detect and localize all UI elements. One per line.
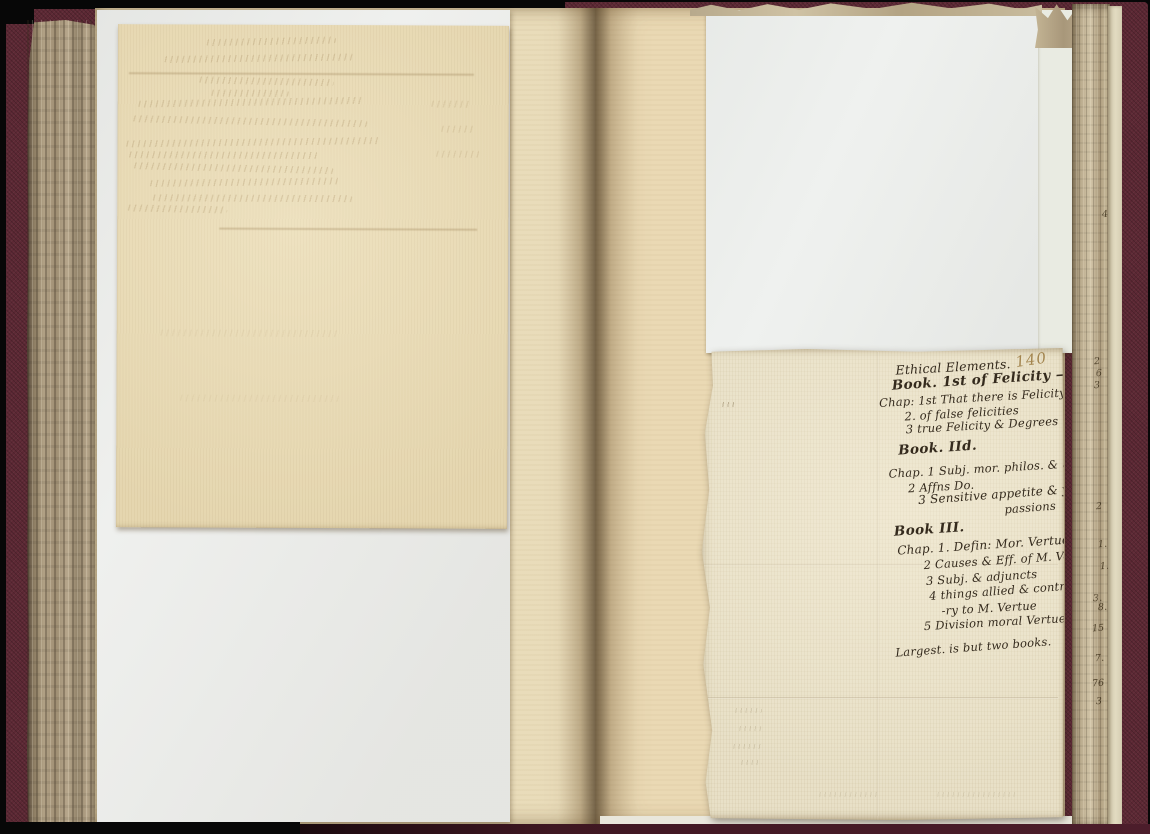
- ghost-writing-line: [164, 54, 354, 63]
- fore-edge-number: 6: [1096, 368, 1103, 379]
- background-shadow: [0, 0, 34, 24]
- ghost-writing-line: [199, 76, 334, 86]
- fore-edge-number: 15: [1092, 623, 1105, 635]
- left-page-stack-edges: [27, 20, 97, 832]
- ghost-writing-fragment: [436, 151, 481, 158]
- outer-leaf-strip: [1108, 6, 1122, 828]
- ghost-writing-fragment: [179, 394, 339, 402]
- fore-edge-number: 2: [1096, 501, 1103, 512]
- fore-edge-number: 3: [1094, 380, 1101, 391]
- slip-line: Book. IId.: [898, 438, 978, 459]
- contents-slip-paper: 140 Ethical Elements. Book. 1st of Felic…: [696, 348, 1064, 820]
- left-manuscript-leaf: [116, 24, 509, 529]
- right-blank-sheet: [706, 12, 1038, 353]
- slip-line: Chap. 1 Subj. mor. philos. & qud: [888, 456, 1085, 481]
- ghost-writing-line: [133, 115, 368, 127]
- ghost-writing-fragment: [160, 329, 340, 337]
- ghost-writing-fragment: [441, 126, 476, 133]
- ghost-writing-line: [152, 194, 352, 202]
- ghost-writing-line: [126, 137, 381, 147]
- ghost-writing-line: [149, 177, 339, 186]
- contents-slip: 140 Ethical Elements. Book. 1st of Felic…: [696, 348, 1064, 820]
- fore-edge-number: 3: [1096, 696, 1103, 707]
- ghost-writing-fragment: [431, 101, 471, 108]
- fore-edge-number: 8.: [1098, 602, 1108, 614]
- photo-open-manuscript-album: 140 Ethical Elements. Book. 1st of Felic…: [0, 0, 1150, 834]
- cover-bottom-strip: [300, 824, 1150, 834]
- ghost-writing-line: [127, 204, 227, 213]
- ghost-writing-line: [129, 151, 319, 159]
- ghost-writing-line: [211, 90, 289, 97]
- contents-list: 140 Ethical Elements. Book. 1st of Felic…: [691, 344, 1069, 824]
- slip-line: Largest. is but two books.: [895, 634, 1052, 659]
- fore-edge-band: 4 2 6 3 2 1. 1. 3. 8. 15 7. 76 3: [1072, 4, 1110, 828]
- slip-line: Book III.: [893, 519, 965, 540]
- slip-line: passions: [1004, 499, 1056, 517]
- ghost-writing-line: [138, 97, 363, 108]
- fore-edge-number: 76: [1092, 678, 1105, 690]
- fore-edge-number: 7.: [1095, 653, 1105, 665]
- ghost-rule-line: [219, 228, 477, 231]
- ghost-writing-line: [133, 162, 333, 174]
- ghost-rule-line: [129, 72, 474, 76]
- ghost-writing-line: [206, 36, 336, 46]
- background-shadow: [0, 822, 300, 834]
- fore-edge-number: 2: [1094, 356, 1101, 367]
- fore-edge-number: 1.: [1098, 539, 1108, 551]
